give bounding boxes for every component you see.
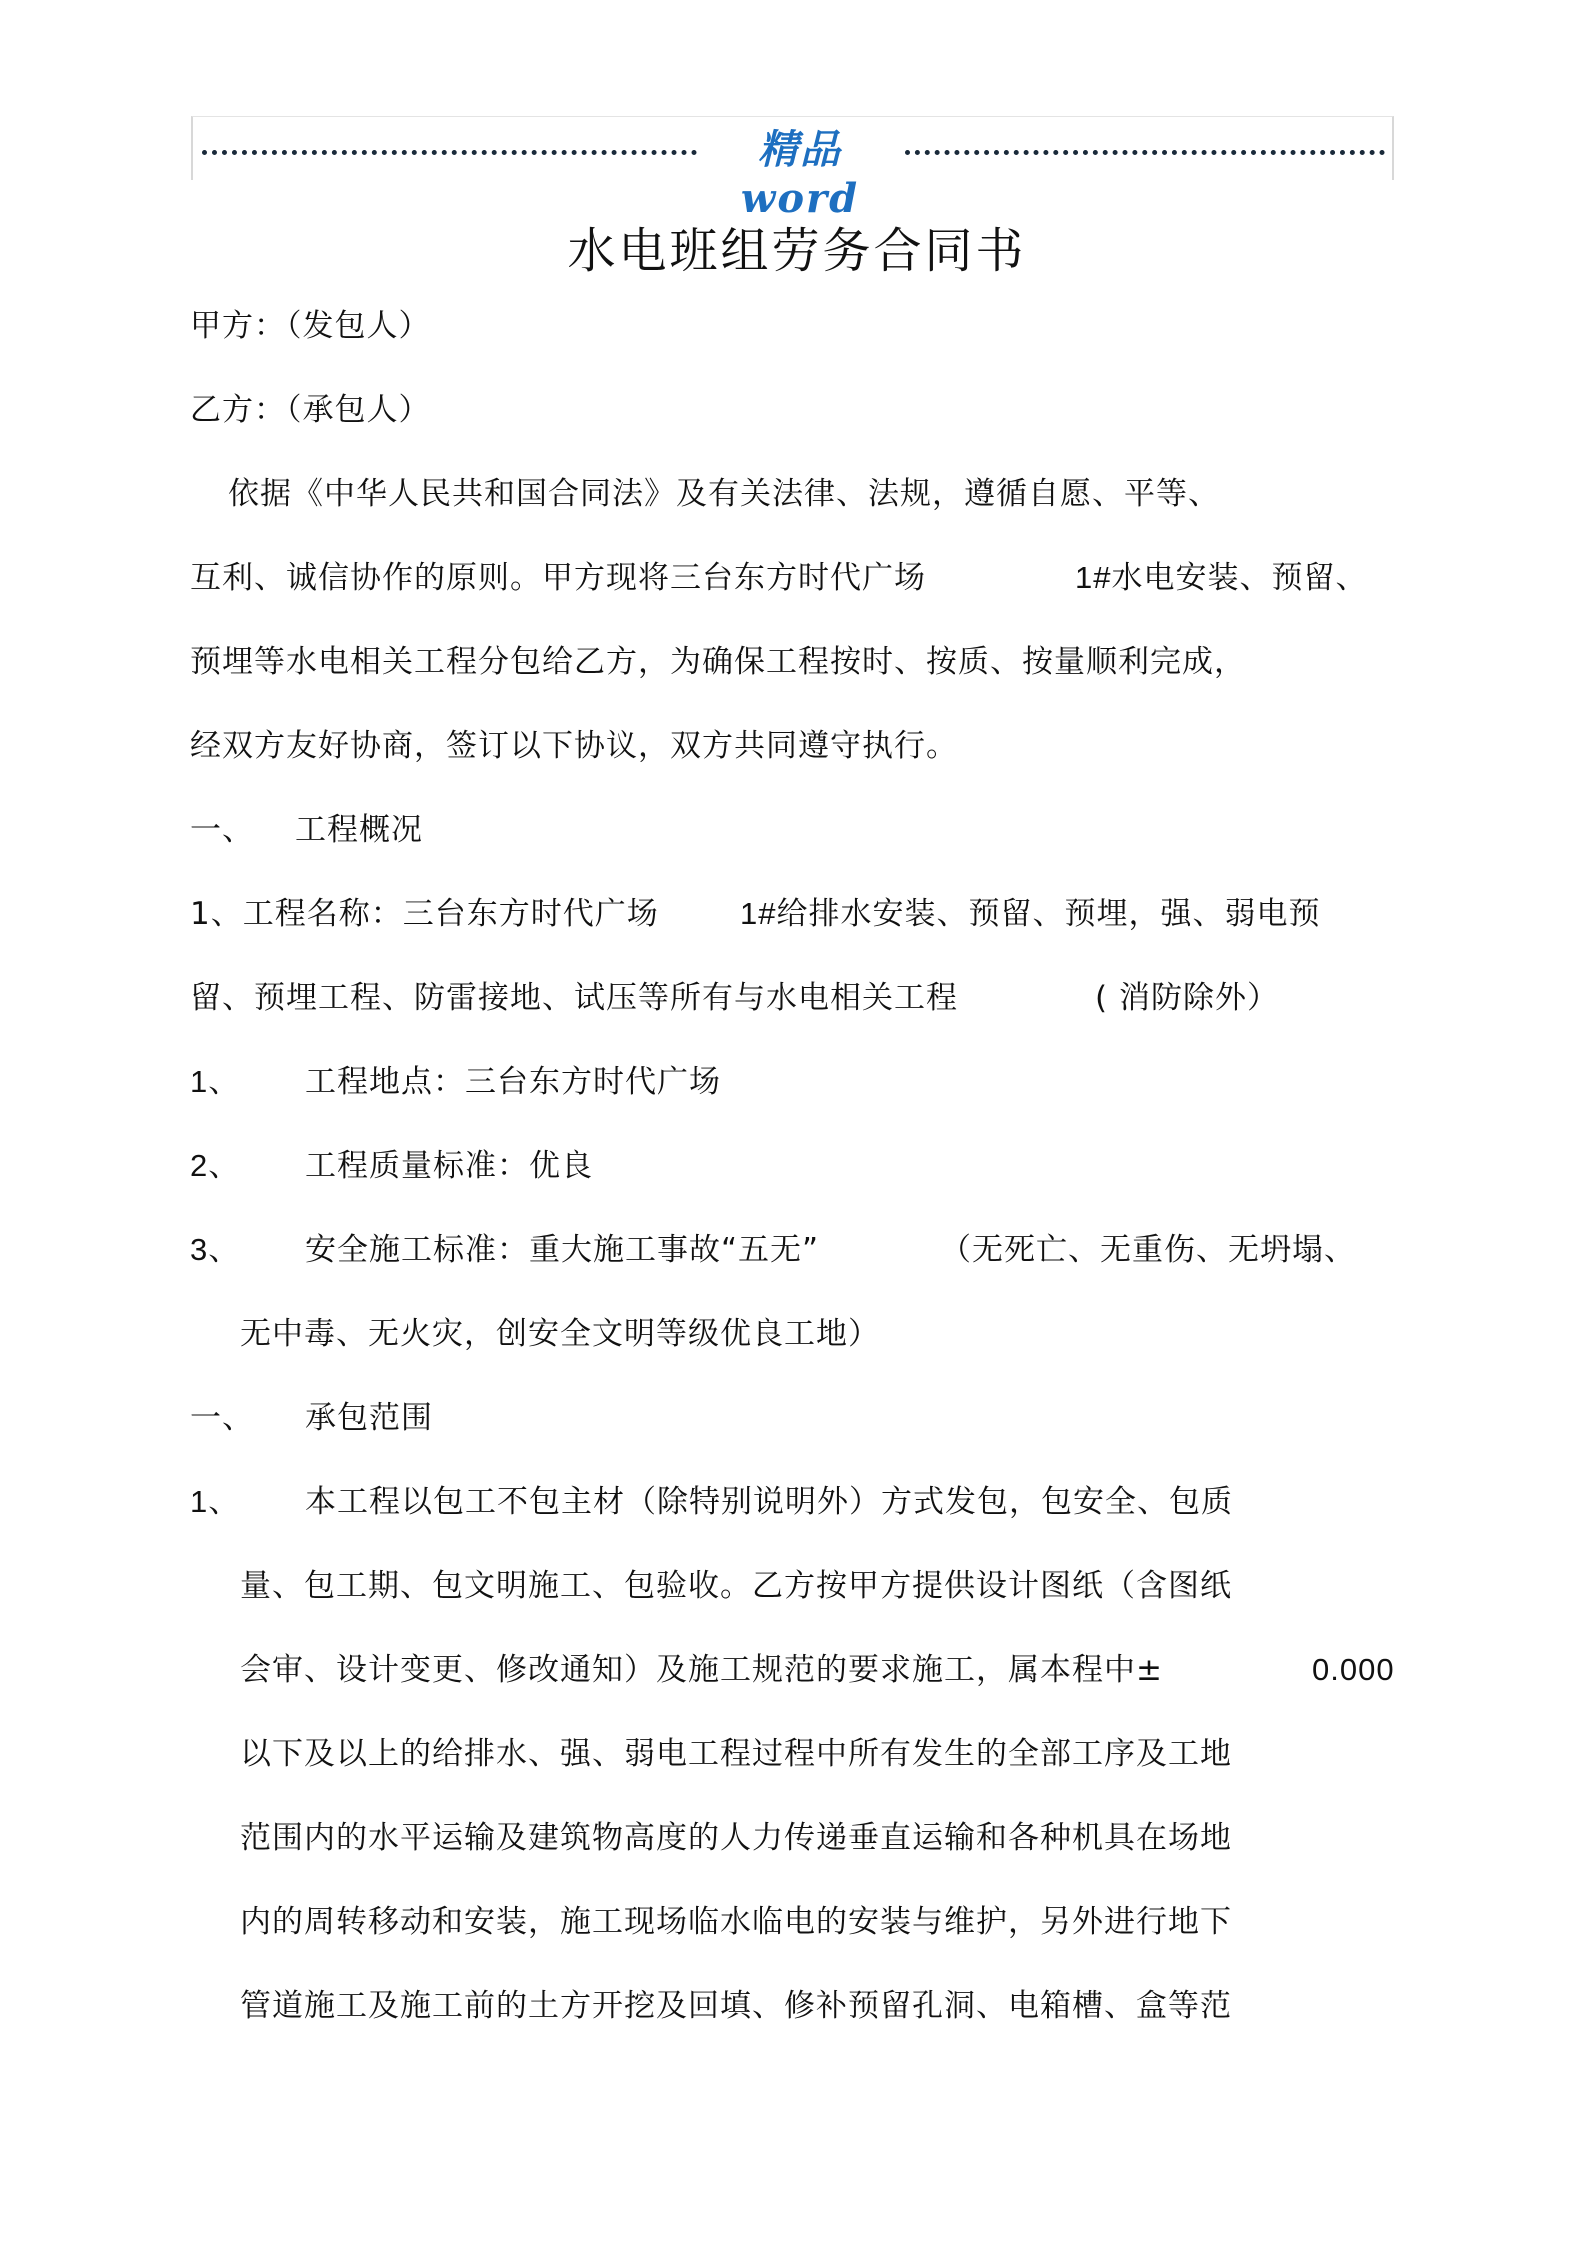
section1-item1-line2b: ( 消防除外） [1095, 978, 1279, 1018]
section2-item1-line-1: 本工程以包工不包主材（除特别说明外）方式发包，包安全、包质 [305, 1482, 1233, 1522]
section1-heading: 工程概况 [295, 810, 423, 850]
header-brand: 精品word [700, 118, 900, 222]
header-dotted-rule-left [202, 150, 697, 155]
section2-item1-line-6: 内的周转移动和安装，施工现场临水临电的安装与维护，另外进行地下 [240, 1902, 1232, 1942]
preamble-line-1: 依据《中华人民共和国合同法》及有关法律、法规，遵循自愿、平等、 [228, 474, 1220, 514]
preamble-line-2b: 1#水电安装、预留、 [1075, 558, 1367, 598]
section2-item1-line-4: 以下及以上的给排水、强、弱电工程过程中所有发生的全部工序及工地 [240, 1734, 1232, 1774]
section1-list-text-2: 工程质量标准：优良 [305, 1146, 593, 1186]
section1-list-number-2: 2、 [190, 1146, 240, 1186]
section1-item1-line1a: 1、工程名称：三台东方时代广场 [190, 894, 659, 934]
section1-list-number-1: 1、 [190, 1062, 240, 1102]
preamble-line-2a: 互利、诚信协作的原则。甲方现将三台东方时代广场 [190, 558, 926, 598]
party-a: 甲方：（发包人） [190, 306, 431, 346]
section1-list-text-3: 安全施工标准：重大施工事故“五无” [305, 1230, 819, 1270]
section1-item1-line2a: 留、预埋工程、防雷接地、试压等所有与水电相关工程 [190, 978, 958, 1018]
preamble-line-4: 经双方友好协商，签订以下协议，双方共同遵守执行。 [190, 726, 958, 766]
section2-number: 一、 [190, 1398, 254, 1438]
section1-list-text-3-cont: 无中毒、无火灾，创安全文明等级优良工地） [240, 1314, 880, 1354]
section1-list-number-3: 3、 [190, 1230, 240, 1270]
document-title: 水电班组劳务合同书 [0, 212, 1594, 281]
section2-heading: 承包范围 [305, 1398, 433, 1438]
elevation-value: 0.000 [1312, 1650, 1395, 1690]
section2-item1-line-5: 范围内的水平运输及建筑物高度的人力传递垂直运输和各种机具在场地 [240, 1818, 1232, 1858]
section1-item1-line1b: 1#给排水安装、预留、预埋，强、弱电预 [740, 894, 1320, 934]
section2-item1-line-3: 会审、设计变更、修改通知）及施工规范的要求施工，属本程中± [240, 1650, 1163, 1690]
section2-item1-number: 1、 [190, 1482, 240, 1522]
preamble-line-3: 预埋等水电相关工程分包给乙方，为确保工程按时、按质、按量顺利完成， [190, 642, 1246, 682]
header-dotted-rule-right [905, 150, 1385, 155]
section2-item1-line-7: 管道施工及施工前的土方开挖及回填、修补预留孔洞、电箱槽、盒等范 [240, 1986, 1232, 2026]
section1-number: 一、 [190, 810, 254, 850]
section1-list-text-1: 工程地点：三台东方时代广场 [305, 1062, 721, 1102]
section1-list-text-3b: （无死亡、无重伤、无坍塌、 [940, 1230, 1356, 1270]
section2-item1-line-2: 量、包工期、包文明施工、包验收。乙方按甲方提供设计图纸（含图纸 [240, 1566, 1232, 1606]
party-b: 乙方：（承包人） [190, 390, 431, 430]
